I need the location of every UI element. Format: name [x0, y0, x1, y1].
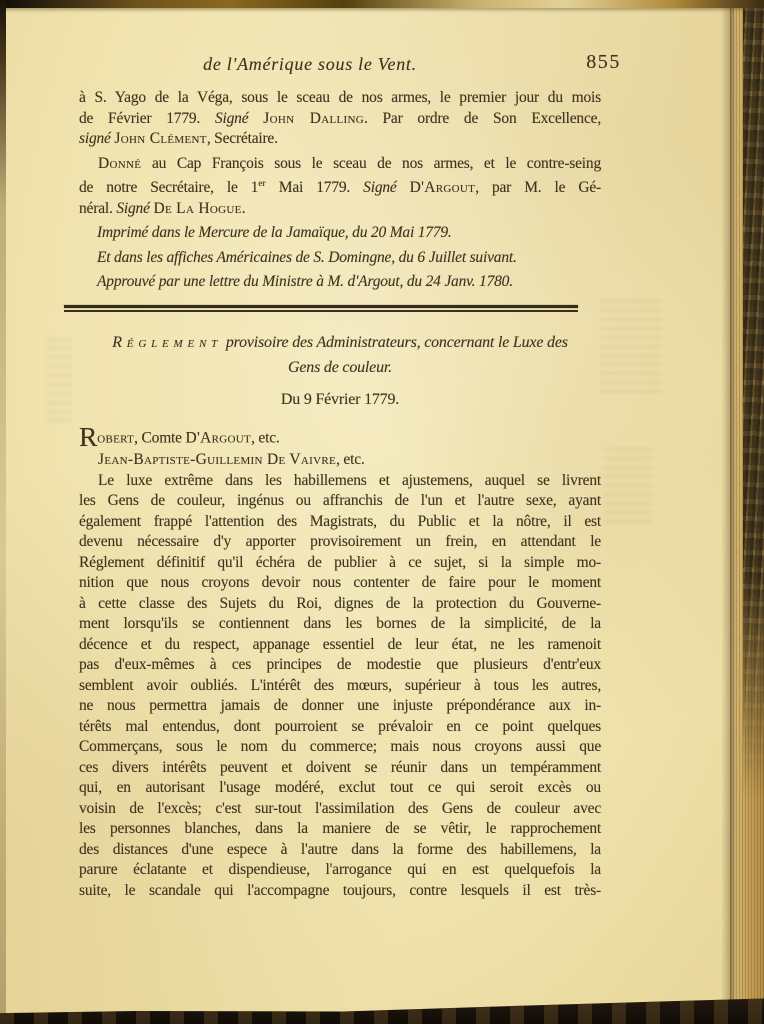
- text-run: de notre Secrétaire, le 1: [79, 179, 258, 196]
- text-run: Signé: [116, 200, 153, 217]
- text-run: Approuvé par une lettre du Ministre à M.…: [97, 273, 513, 290]
- text-line: Commerçans, sous le nom du commerce; mai…: [79, 737, 601, 758]
- page-edge-shadow: [721, 0, 730, 1024]
- text-line: nition que nous croyons devoir nous cont…: [79, 573, 601, 594]
- text-line: Jean-Baptiste-Guillemin De Vaivre, etc.: [79, 450, 601, 471]
- text-line: voisin de l'excès; c'est sur-tout l'assi…: [79, 799, 601, 820]
- text-line: ne nous permettra jamais de donner une i…: [79, 696, 601, 717]
- text-line: néral. Signé De La Hogue.: [79, 199, 601, 220]
- text-line: pas d'eux-mêmes à ces principes de modes…: [79, 655, 601, 676]
- text-line: devenu nécessaire d'y apporter provisoir…: [79, 532, 601, 553]
- text-line: parure éclatante et dispendieuse, l'arro…: [79, 860, 601, 881]
- text-run: suite, le scandale qui l'accompagne touj…: [79, 882, 601, 899]
- text-run: Réglement: [112, 334, 222, 351]
- text-run: John Dalling: [263, 110, 364, 127]
- text-run: néral.: [79, 200, 116, 217]
- text-run: .: [242, 200, 246, 217]
- text-run: Signé: [215, 110, 263, 127]
- text-line: également frappé l'attention des Magistr…: [79, 512, 601, 533]
- text-run: . Par ordre de Son Excellence,: [364, 110, 601, 127]
- text-run: Réglement définitif qu'il échéra de publ…: [79, 554, 601, 571]
- show-through-stain: [604, 448, 652, 528]
- text-line: Approuvé par une lettre du Ministre à M.…: [79, 272, 601, 293]
- text-run: R: [79, 421, 97, 452]
- text-line: Du 9 Février 1779.: [79, 389, 601, 410]
- text-line: décence et du respect, appanage essentie…: [79, 635, 601, 656]
- text-run: pas d'eux-mêmes à ces principes de modes…: [79, 656, 601, 673]
- rule-thin-line: [64, 310, 578, 312]
- text-run: décence et du respect, appanage essentie…: [79, 636, 601, 653]
- dateline: Du 9 Février 1779.: [79, 389, 601, 410]
- text-run: Le luxe extrême dans les habillemens et …: [98, 472, 601, 489]
- text-column: de l'Amérique sous le Vent. 855 à S. Yag…: [79, 54, 601, 901]
- book-left-edge: [0, 0, 6, 1024]
- text-run: provisoire des Administrateurs, concerna…: [222, 334, 568, 351]
- book-top-edge: [0, 0, 764, 8]
- text-line: Donné au Cap François sous le sceau de n…: [79, 154, 601, 175]
- text-run: , Secrétaire.: [207, 130, 278, 147]
- text-run: signé: [79, 130, 114, 147]
- text-line: qui, en autorisant l'usage modéré, exclu…: [79, 778, 601, 799]
- text-run: devenu nécessaire d'y apporter provisoir…: [79, 533, 601, 550]
- text-run: ne nous permettra jamais de donner une i…: [79, 697, 601, 714]
- text-run: D'Argout: [186, 429, 252, 446]
- text-run: au Cap François sous le sceau de nos arm…: [141, 155, 601, 172]
- text-run: , par M. le Gé-: [475, 179, 601, 196]
- closing-paragraph: à S. Yago de la Véga, sous le sceau de n…: [79, 88, 601, 150]
- text-line: signé John Clément, Secrétaire.: [79, 129, 601, 150]
- text-line: térêts mal entendus, dont pourroient se …: [79, 717, 601, 738]
- page-number: 855: [586, 52, 621, 73]
- text-line: suite, le scandale qui l'accompagne touj…: [79, 881, 601, 902]
- text-line: les Gens de couleur, ingénus ou affranch…: [79, 491, 601, 512]
- text-run: De La Hogue: [153, 200, 241, 217]
- text-run: qui, en autorisant l'usage modéré, exclu…: [79, 779, 601, 796]
- text-line: ces divers intérêts peuvent et doivent s…: [79, 758, 601, 779]
- text-run: Donné: [98, 155, 141, 172]
- show-through-stain: [600, 300, 662, 396]
- text-line: semblent avoir oubliés. L'intérêt des mœ…: [79, 676, 601, 697]
- text-run: Jean-Baptiste-Guillemin De Vaivre: [98, 451, 336, 468]
- text-run: er: [258, 178, 265, 189]
- text-run: Signé: [363, 179, 410, 196]
- text-run: ment lorsqu'ils se contiennent dans les …: [79, 615, 601, 632]
- rule-thick-line: [64, 305, 578, 308]
- text-line: Réglement provisoire des Administrateurs…: [79, 330, 601, 355]
- signatory-vaivre: Jean-Baptiste-Guillemin De Vaivre, etc.: [79, 450, 601, 471]
- text-run: , Comte: [134, 429, 185, 446]
- text-line: de Février 1779. Signé John Dalling. Par…: [79, 109, 601, 130]
- text-run: à S. Yago de la Véga, sous le sceau de n…: [79, 89, 601, 106]
- text-run: , etc.: [251, 429, 280, 446]
- text-run: John Clément: [114, 130, 206, 147]
- scanned-book-page: de l'Amérique sous le Vent. 855 à S. Yag…: [0, 0, 764, 1024]
- text-run: les Gens de couleur, ingénus ou affranch…: [79, 492, 601, 509]
- text-run: nition que nous croyons devoir nous cont…: [79, 574, 601, 591]
- text-line: ment lorsqu'ils se contiennent dans les …: [79, 614, 601, 635]
- text-run: ces divers intérêts peuvent et doivent s…: [79, 759, 601, 776]
- text-line: des distances d'une espece à l'autre dan…: [79, 840, 601, 861]
- text-line: Réglement définitif qu'il échéra de publ…: [79, 553, 601, 574]
- approved-note: Approuvé par une lettre du Ministre à M.…: [79, 272, 601, 293]
- text-run: voisin de l'excès; c'est sur-tout l'assi…: [79, 800, 601, 817]
- text-line: Et dans les affiches Américaines de S. D…: [79, 248, 601, 269]
- text-run: térêts mal entendus, dont pourroient se …: [79, 718, 601, 735]
- text-line: à cette classe des Sujets du Roi, dignes…: [79, 594, 601, 615]
- running-title: de l'Amérique sous le Vent.: [49, 54, 571, 75]
- text-line: de notre Secrétaire, le 1er Mai 1779. Si…: [79, 174, 601, 199]
- text-run: des distances d'une espece à l'autre dan…: [79, 841, 601, 858]
- text-line: Robert, Comte D'Argout, etc.: [79, 423, 601, 451]
- main-paragraph: Le luxe extrême dans les habillemens et …: [79, 471, 601, 902]
- section-heading: Réglement provisoire des Administrateurs…: [79, 330, 601, 380]
- text-line: Le luxe extrême dans les habillemens et …: [79, 471, 601, 492]
- text-line: les personnes blanches, dans la maniere …: [79, 819, 601, 840]
- text-run: Mai 1779.: [266, 179, 363, 196]
- text-line: Imprimé dans le Mercure de la Jamaïque, …: [79, 223, 601, 244]
- text-run: à cette classe des Sujets du Roi, dignes…: [79, 595, 601, 612]
- text-run: de Février 1779.: [79, 110, 215, 127]
- posted-note: Et dans les affiches Américaines de S. D…: [79, 248, 601, 269]
- text-run: D'Argout: [410, 179, 476, 196]
- show-through-stain: [46, 338, 72, 428]
- text-run: également frappé l'attention des Magistr…: [79, 513, 601, 530]
- text-run: Commerçans, sous le nom du commerce; mai…: [79, 738, 601, 755]
- section-rule: [64, 305, 578, 312]
- book-bottom-edge: [0, 998, 764, 1024]
- printed-note: Imprimé dans le Mercure de la Jamaïque, …: [79, 223, 601, 244]
- page-content: à S. Yago de la Véga, sous le sceau de n…: [79, 88, 601, 901]
- given-at-paragraph: Donné au Cap François sous le sceau de n…: [79, 154, 601, 220]
- text-run: Et dans les affiches Américaines de S. D…: [97, 249, 517, 266]
- text-run: les personnes blanches, dans la maniere …: [79, 820, 601, 837]
- text-run: semblent avoir oubliés. L'intérêt des mœ…: [79, 677, 601, 694]
- text-line: Gens de couleur.: [79, 355, 601, 380]
- signatory-argout: Robert, Comte D'Argout, etc.: [79, 423, 601, 451]
- text-line: à S. Yago de la Véga, sous le sceau de n…: [79, 88, 601, 109]
- text-run: , etc.: [336, 451, 365, 468]
- text-run: Gens de couleur.: [288, 359, 392, 376]
- text-run: parure éclatante et dispendieuse, l'arro…: [79, 861, 601, 878]
- text-run: Imprimé dans le Mercure de la Jamaïque, …: [97, 224, 452, 241]
- text-run: obert: [97, 429, 134, 446]
- book-fore-edge-marbling: [743, 0, 764, 799]
- text-run: Du 9 Février 1779.: [281, 391, 399, 408]
- page-header: de l'Amérique sous le Vent. 855: [79, 54, 601, 80]
